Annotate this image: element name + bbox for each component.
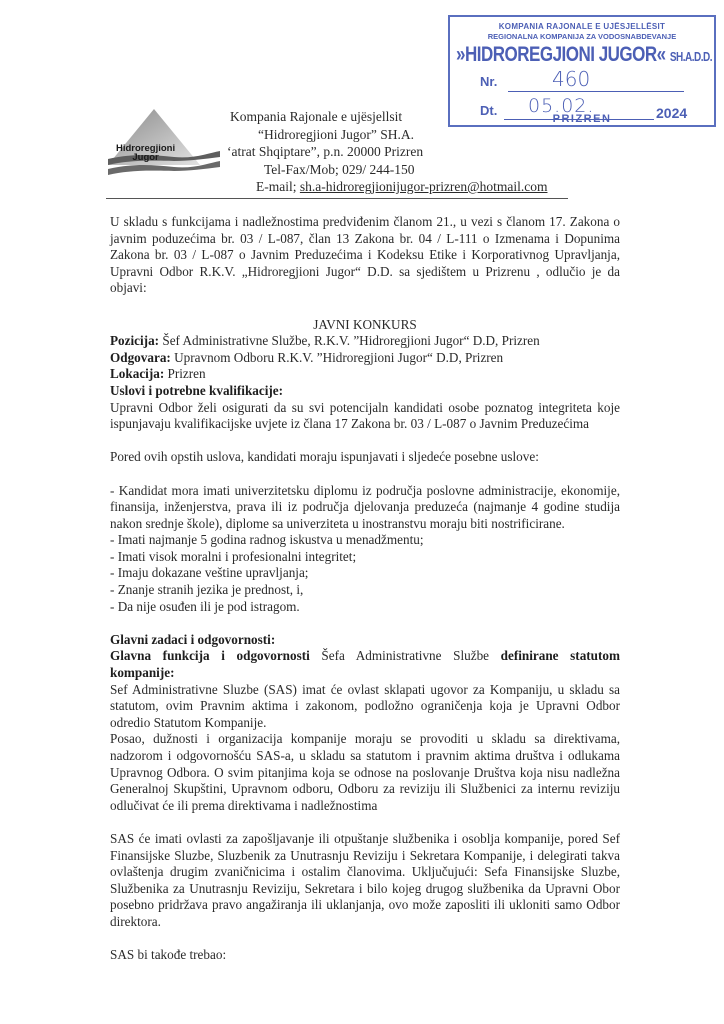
letterhead-address: ‘atrat Shqiptare”, p.n. 20000 Prizren [227, 143, 547, 161]
position-row: Pozicija: Šef Administrativne Službe, R.… [110, 333, 620, 350]
location-row: Lokacija: Prizren [110, 366, 620, 383]
letterhead-email-row: E-mail; sh.a-hidroregjionijugor-prizren@… [227, 178, 547, 196]
stamp-number-value: 460 [552, 67, 590, 91]
stamp-number-line [508, 91, 684, 92]
stamp-number-label: Nr. [480, 74, 497, 89]
reports-to-row: Odgovara: Upravnom Odboru R.K.V. ”Hidror… [110, 350, 620, 367]
requirements-list: - Kandidat mora imati univerzitetsku dip… [110, 483, 620, 616]
closing-line: SAS bi takođe trebao: [110, 947, 620, 964]
requirement-item: - Imati visok moralni i profesionalni in… [110, 549, 620, 566]
letterhead-phone: Tel-Fax/Mob; 029/ 244-150 [227, 161, 547, 179]
special-conditions-intro: Pored ovih opstih uslova, kandidati mora… [110, 449, 620, 466]
email-link[interactable]: sh.a-hidroregjionijugor-prizren@hotmail.… [300, 179, 548, 194]
header-divider [106, 198, 568, 199]
stamp-company-serbian: REGIONALNA KOMPANIJA ZA VODOSNABDEVANJE [450, 32, 714, 41]
letterhead-company: Kompania Rajonale e ujësjellsit [227, 108, 547, 126]
letterhead-brand: “Hidroregjioni Jugor” SH.A. [227, 126, 547, 144]
requirement-item: - Imaju dokazane veštine upravljanja; [110, 565, 620, 582]
tasks-heading: Glavni zadaci i odgovornosti: [110, 632, 620, 649]
qualifications-text: Upravni Odbor želi osigurati da su svi p… [110, 400, 620, 433]
logo-text: Hidroregjioni Jugor [116, 144, 175, 162]
intro-paragraph: U skladu s funkcijama i nadležnostima pr… [110, 214, 620, 297]
letterhead: Kompania Rajonale e ujësjellsit “Hidrore… [227, 108, 547, 196]
requirement-item: - Kandidat mora imati univerzitetsku dip… [110, 483, 620, 533]
duties-paragraph: Posao, dužnosti i organizacija kompanije… [110, 731, 620, 814]
stamp-company-albanian: KOMPANIA RAJONALE E UJËSJELLËSIT [450, 22, 714, 31]
main-function-heading: Glavna funkcija i odgovornosti Šefa Admi… [110, 648, 620, 681]
company-logo: Hidroregjioni Jugor [104, 103, 226, 183]
document-body: U skladu s funkcijama i nadležnostima pr… [110, 214, 620, 964]
stamp-company-name: »HIDROREGJIONI JUGOR« SH.A.D.D. [456, 42, 712, 67]
document-title: JAVNI KONKURS [110, 317, 620, 334]
hiring-paragraph: SAS će imati ovlasti za zapošljavanje il… [110, 831, 620, 931]
authority-paragraph: Sef Administrativne Sluzbe (SAS) imat će… [110, 682, 620, 732]
requirement-item: - Imati najmanje 5 godina radnog iskustv… [110, 532, 620, 549]
qualifications-heading: Uslovi i potrebne kvalifikacije: [110, 383, 620, 400]
requirement-item: - Znanje stranih jezika je prednost, i, [110, 582, 620, 599]
requirement-item: - Da nije osuđen ili je pod istragom. [110, 599, 620, 616]
